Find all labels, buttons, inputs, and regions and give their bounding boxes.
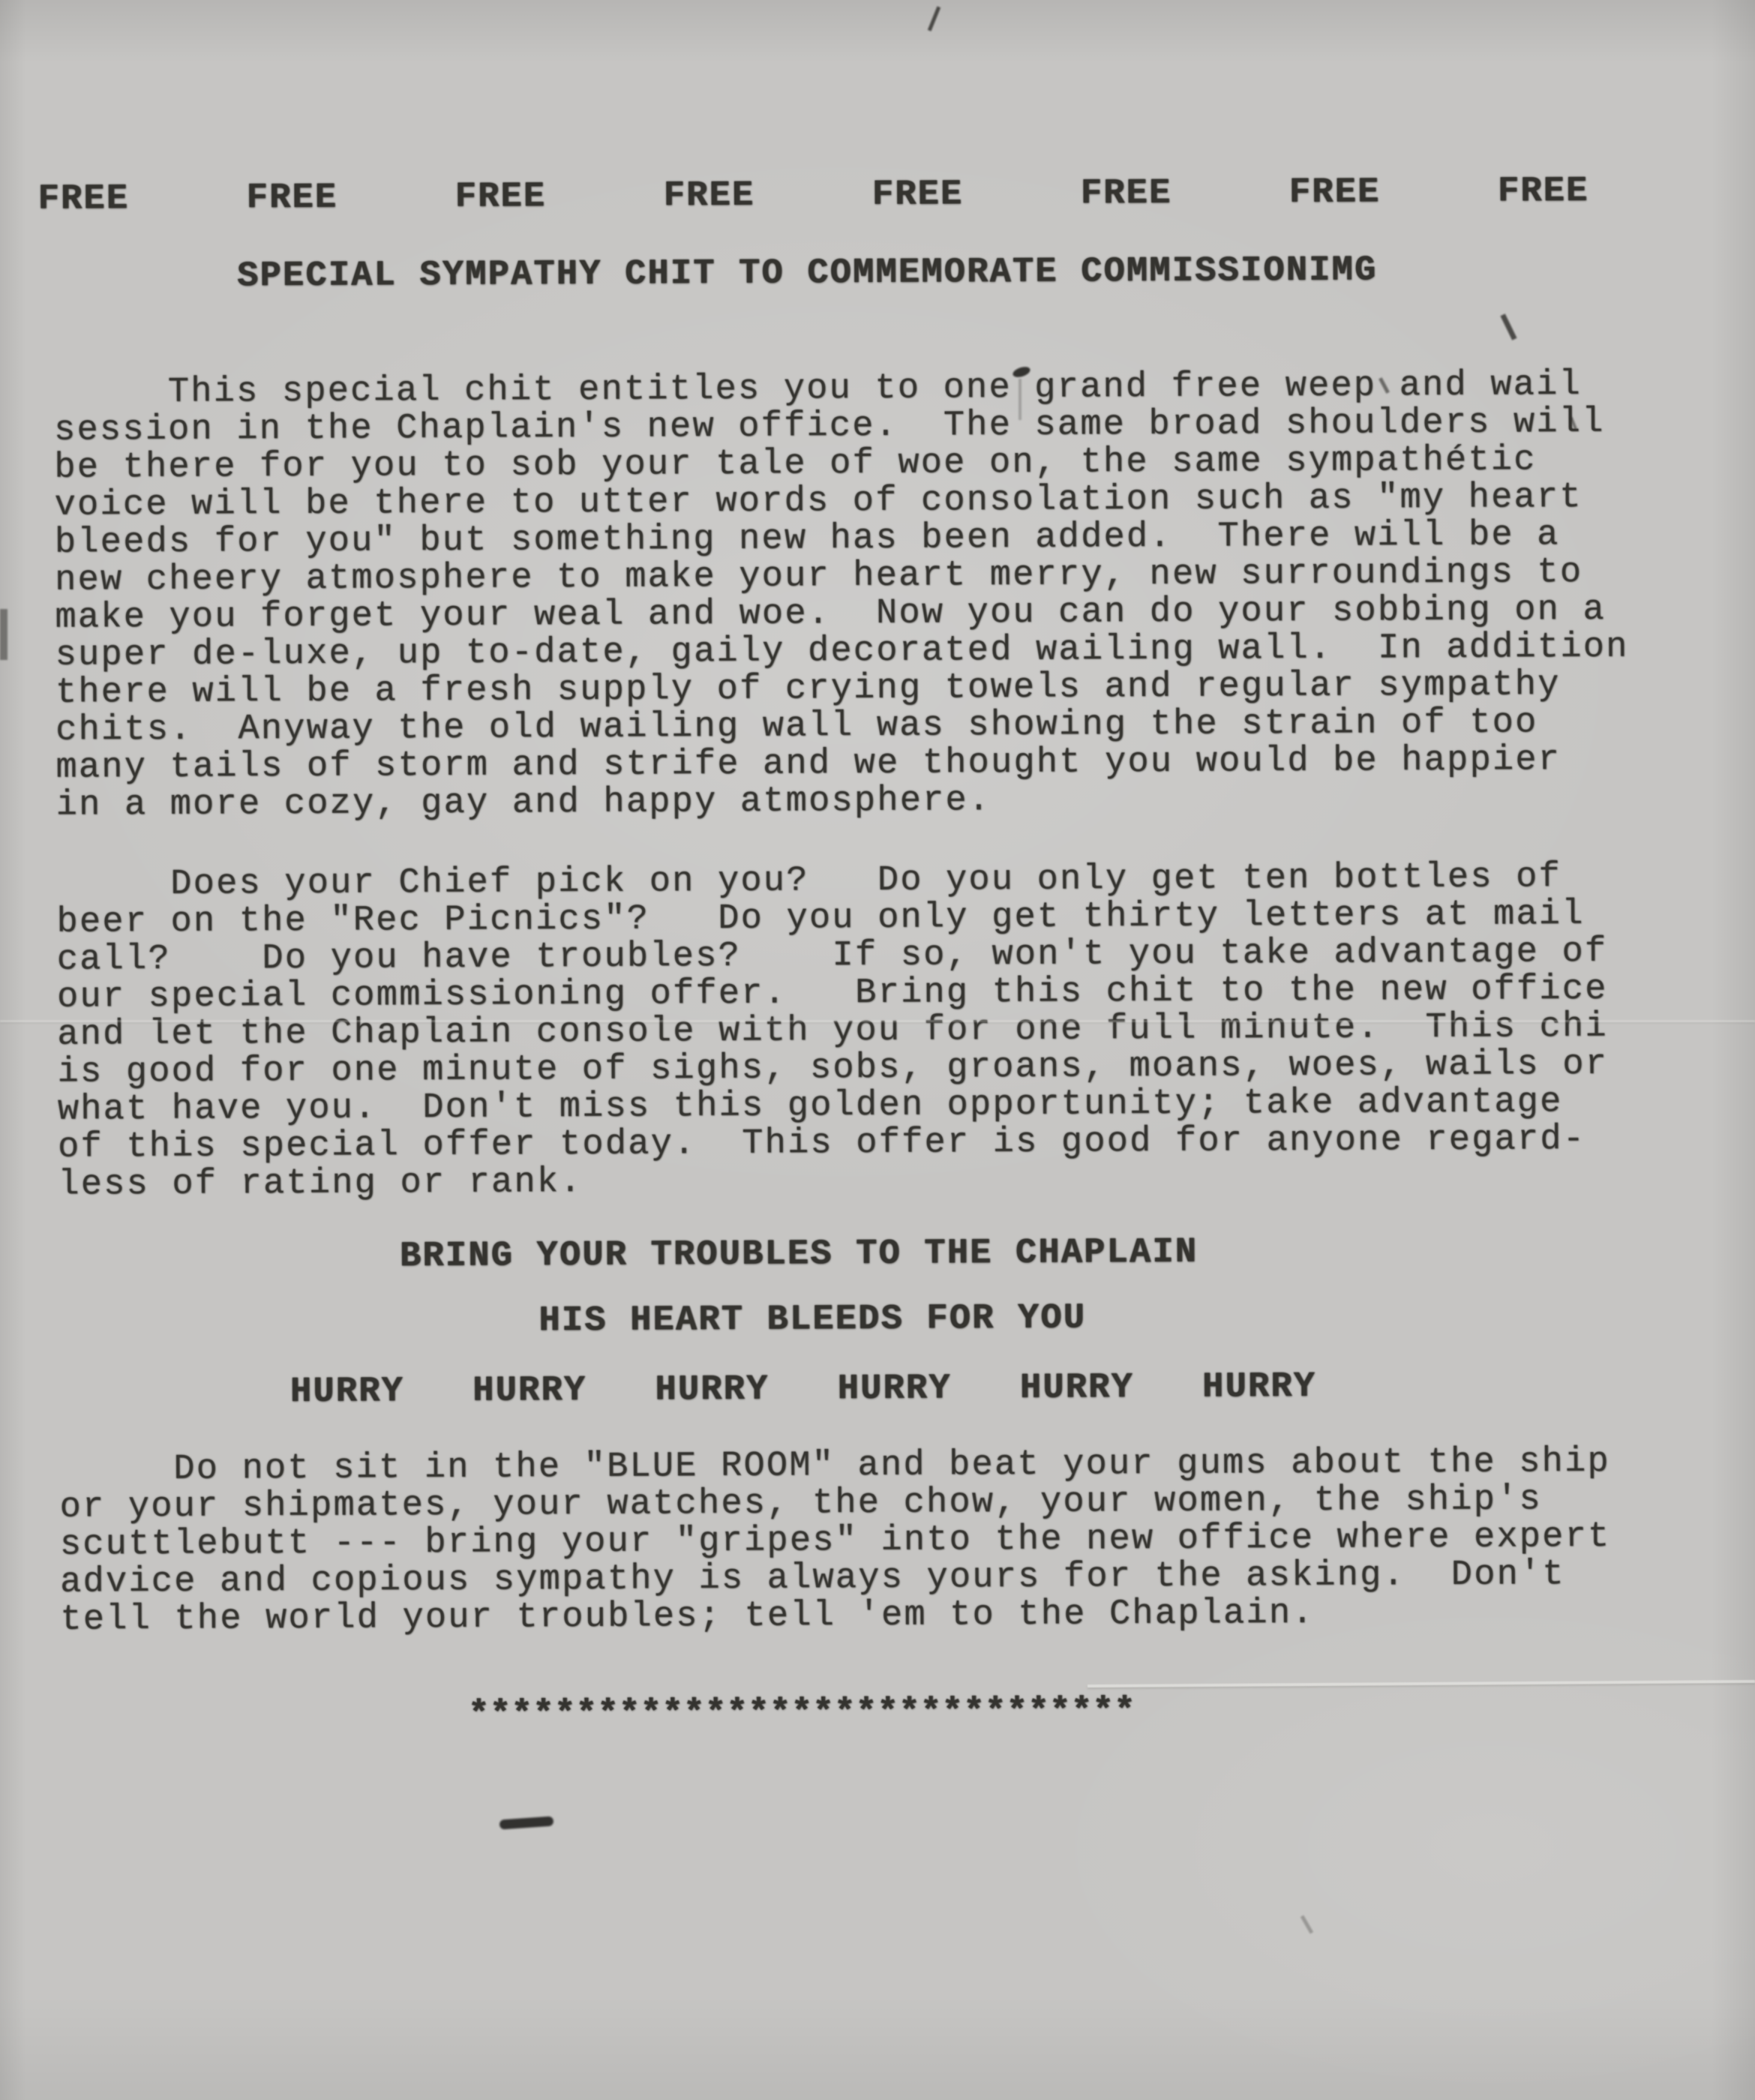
free-banner-word: FREE <box>1081 175 1172 214</box>
document-content: FREE FREE FREE FREE FREE FREE FREE FREE … <box>0 0 1755 2100</box>
free-banner-word: FREE <box>664 178 755 216</box>
free-banner-word: FREE <box>37 181 129 219</box>
scanned-document-page: FREE FREE FREE FREE FREE FREE FREE FREE … <box>0 0 1755 2100</box>
ink-speck <box>1018 379 1021 420</box>
free-banner-word: FREE <box>1498 173 1589 211</box>
asterisk-separator: ******************************* <box>468 1693 1135 1735</box>
free-banner-word: FREE <box>246 180 337 218</box>
ink-speck <box>0 609 7 660</box>
document-line: in a more cozy, gay and happy atmosphere… <box>56 779 1630 825</box>
document-line: tell the world your troubles; tell 'em t… <box>60 1594 1611 1639</box>
document-line: less of rating or rank. <box>58 1159 1609 1204</box>
slogan-bring-troubles: BRING YOUR TROUBLES TO THE CHAPLAIN <box>400 1234 1198 1276</box>
free-banner-word: FREE <box>454 178 546 217</box>
slogan-hurry: HURRY HURRY HURRY HURRY HURRY HURRY <box>290 1369 1316 1411</box>
paragraph-3: Do not sit in the "BLUE ROOM" and beat y… <box>59 1444 1611 1639</box>
free-banner-word: FREE <box>872 176 964 214</box>
free-banner: FREE FREE FREE FREE FREE FREE FREE FREE <box>37 173 1588 219</box>
paragraph-2: Does your Chief pick on you? Do you only… <box>56 859 1609 1204</box>
slogan-heart-bleeds: HIS HEART BLEEDS FOR YOU <box>538 1300 1086 1341</box>
paper-crease <box>0 1020 1755 1022</box>
paragraph-1: This special chit entitles you to one gr… <box>54 367 1630 825</box>
document-title: SPECIAL SYMPATHY CHIT TO COMMEMORATE COM… <box>237 253 1377 296</box>
free-banner-word: FREE <box>1289 174 1381 212</box>
